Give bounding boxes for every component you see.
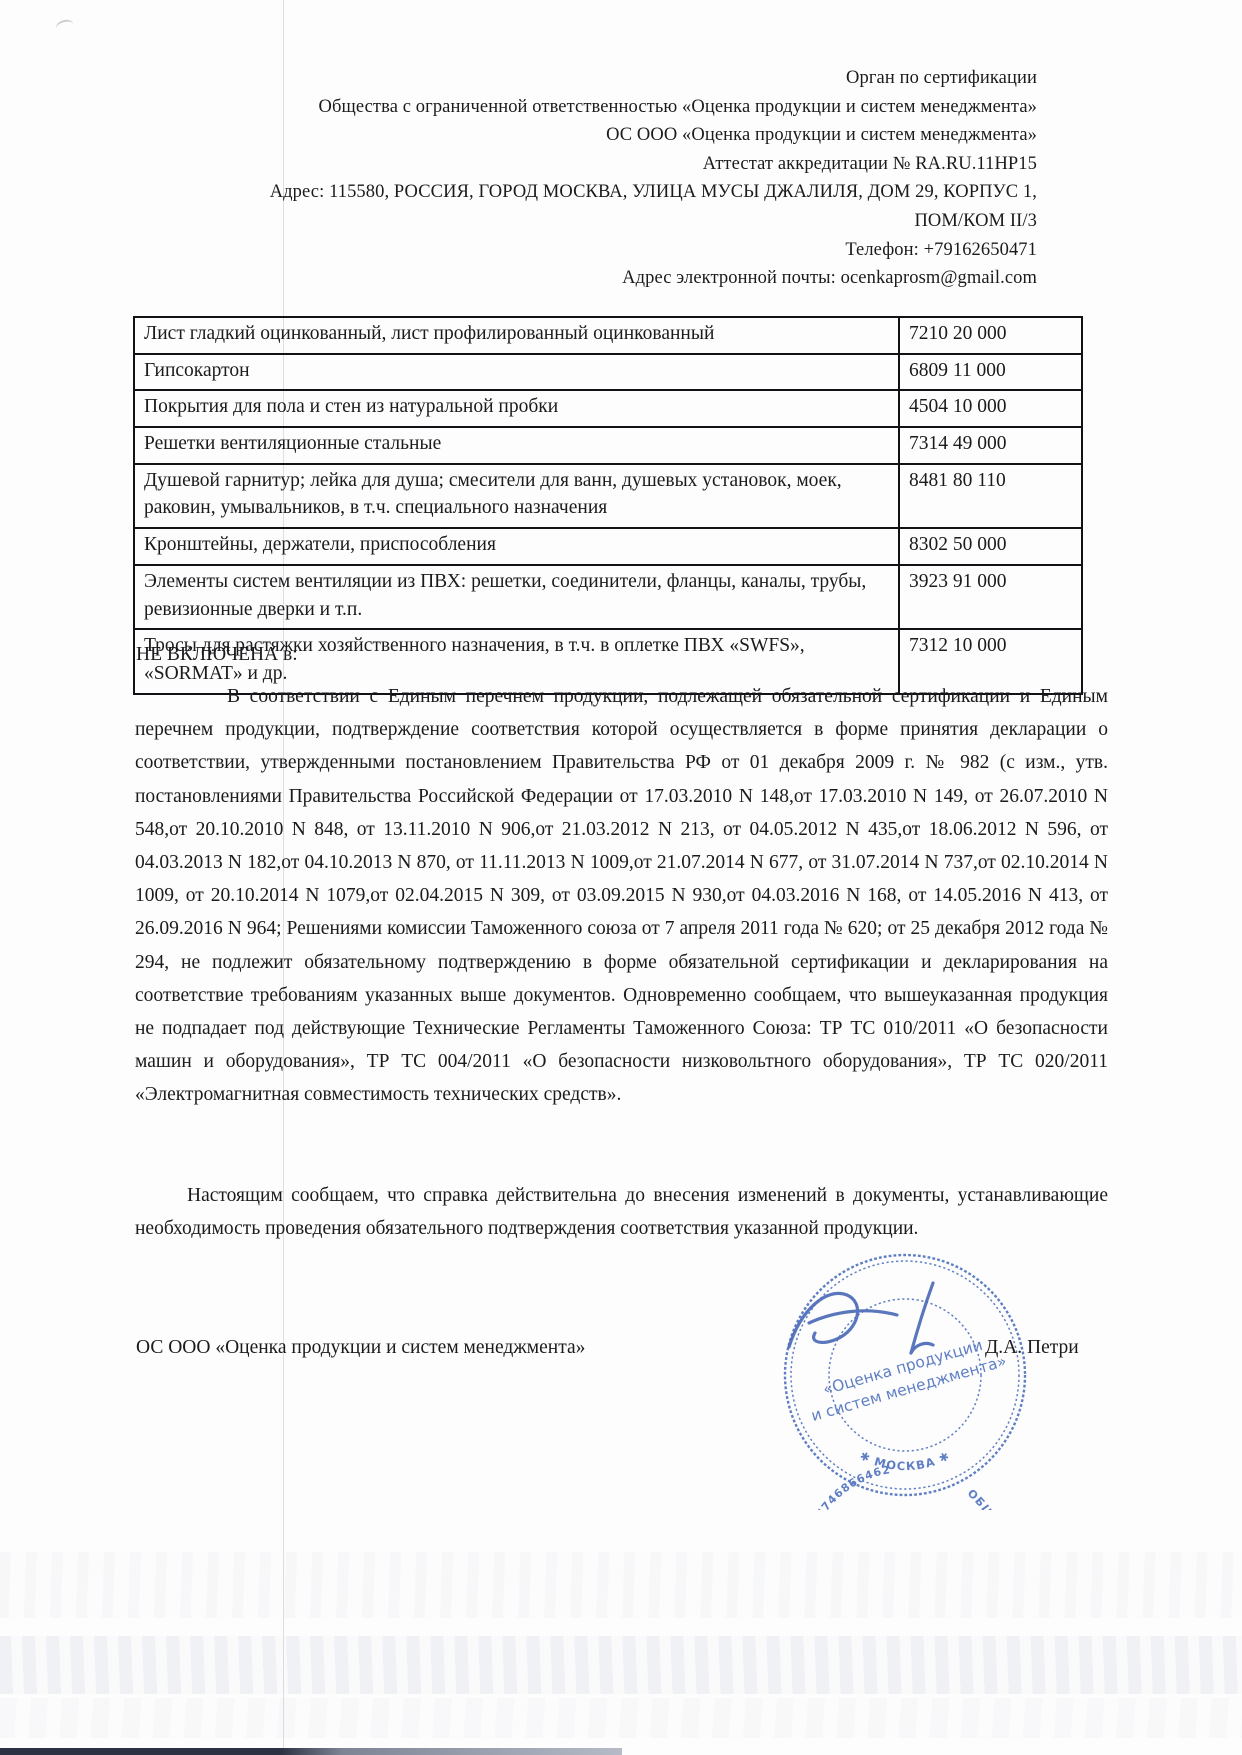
signature-ink xyxy=(789,1283,933,1353)
table-row: Элементы систем вентиляции из ПВХ: решет… xyxy=(134,565,1082,629)
letterhead-line: Аттестат аккредитации № RA.RU.11НР15 xyxy=(117,150,1037,179)
product-name-cell: Элементы систем вентиляции из ПВХ: решет… xyxy=(134,565,899,629)
letterhead: Орган по сертификации Общества с огранич… xyxy=(117,64,1037,293)
letterhead-line: Адрес электронной почты: ocenkaprosm@gma… xyxy=(117,264,1037,293)
stamp-bottom-text: ✱ МОСКВА ✱ xyxy=(858,1448,953,1473)
product-name-cell: Лист гладкий оцинкованный, лист профилир… xyxy=(134,317,899,354)
body-paragraph-2: Настоящим сообщаем, что справка действит… xyxy=(135,1180,1108,1245)
product-name-cell: Гипсокартон xyxy=(134,354,899,391)
product-name-cell: Решетки вентиляционные стальные xyxy=(134,427,899,464)
letterhead-line: ПОМ/КОМ II/3 xyxy=(117,207,1037,236)
product-code-cell: 6809 11 000 xyxy=(899,354,1082,391)
not-included-label: НЕ ВКЛЮЧЕНА в: xyxy=(136,644,298,666)
table-row: Лист гладкий оцинкованный, лист профилир… xyxy=(134,317,1082,354)
letterhead-line: ОС ООО «Оценка продукции и систем менедж… xyxy=(117,121,1037,150)
body-paragraph-1: В соответствии с Единым перечнем продукц… xyxy=(135,680,1108,1112)
product-name-cell: Душевой гарнитур; лейка для душа; смесит… xyxy=(134,464,899,528)
svg-text:✱ МОСКВА ✱: ✱ МОСКВА ✱ xyxy=(858,1448,953,1473)
product-code-cell: 8481 80 110 xyxy=(899,464,1082,528)
product-code-cell: 7314 49 000 xyxy=(899,427,1082,464)
table-row: Душевой гарнитур; лейка для душа; смесит… xyxy=(134,464,1082,528)
table-row: Решетки вентиляционные стальные 7314 49 … xyxy=(134,427,1082,464)
table-row: Покрытия для пола и стен из натуральной … xyxy=(134,390,1082,427)
stamp-svg: ОБЩЕСТВО С ОГРАНИЧЕННОЙ ОТВЕТСТВЕННОСТЬЮ… xyxy=(770,1240,1040,1510)
product-name-cell: Покрытия для пола и стен из натуральной … xyxy=(134,390,899,427)
round-stamp: ОБЩЕСТВО С ОГРАНИЧЕННОЙ ОТВЕТСТВЕННОСТЬЮ… xyxy=(770,1240,1040,1510)
table-row: Гипсокартон 6809 11 000 xyxy=(134,354,1082,391)
table-row: Кронштейны, держатели, приспособления 83… xyxy=(134,528,1082,565)
products-table: Лист гладкий оцинкованный, лист профилир… xyxy=(133,316,1083,695)
letterhead-line: Адрес: 115580, РОССИЯ, ГОРОД МОСКВА, УЛИ… xyxy=(117,178,1037,207)
scan-noise-band xyxy=(0,1636,1242,1694)
scan-noise-band xyxy=(0,1552,1242,1618)
product-code-cell: 4504 10 000 xyxy=(899,390,1082,427)
scan-noise-band xyxy=(0,1698,1242,1738)
signature-org-label: ОС ООО «Оценка продукции и систем менедж… xyxy=(136,1337,585,1359)
letterhead-line: Общества с ограниченной ответственностью… xyxy=(117,93,1037,122)
stamp-center-text: «Оценка продукции и систем менеджмента» xyxy=(803,1331,1008,1425)
products-table-body: Лист гладкий оцинкованный, лист профилир… xyxy=(134,317,1082,694)
document-page: Орган по сертификации Общества с огранич… xyxy=(0,0,1242,1755)
product-code-cell: 3923 91 000 xyxy=(899,565,1082,629)
product-name-cell: Кронштейны, держатели, приспособления xyxy=(134,528,899,565)
product-code-cell: 7210 20 000 xyxy=(899,317,1082,354)
scan-edge-bar xyxy=(0,1748,622,1755)
product-code-cell: 8302 50 000 xyxy=(899,528,1082,565)
letterhead-line: Телефон: +79162650471 xyxy=(117,236,1037,265)
letterhead-line: Орган по сертификации xyxy=(117,64,1037,93)
scan-smudge xyxy=(55,18,76,35)
